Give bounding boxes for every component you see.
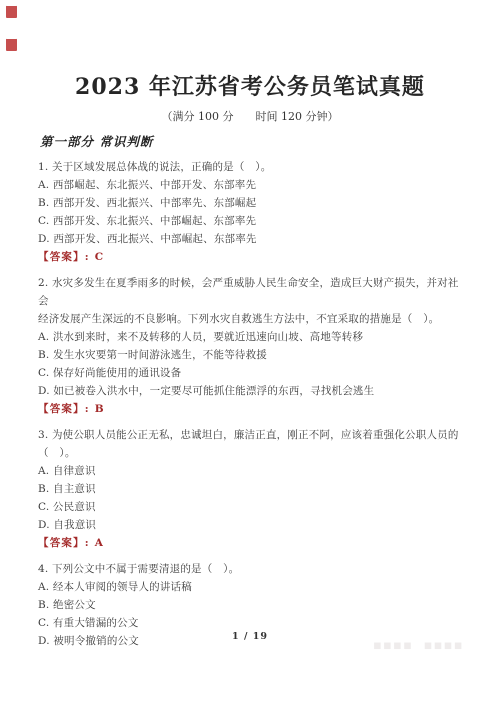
red-stamp-icon <box>6 38 17 51</box>
question-2: 2. 水灾多发生在夏季雨多的时候，会严重威胁人民生命安全，造成巨大财产损失，并对… <box>38 274 466 418</box>
option-d: D. 西部开发、西北振兴、中部崛起、东部率先 <box>38 230 466 248</box>
faint-watermark: ■■■■ ■■■■ <box>373 639 464 651</box>
questions-area: 1. 关于区域发展总体战的说法，正确的是（ ）。 A. 西部崛起、东北振兴、中部… <box>0 158 500 650</box>
option-b: B. 绝密公文 <box>38 596 466 614</box>
answer-line: 【答案】: A <box>38 534 466 552</box>
question-stem: 4. 下列公文中不属于需要清退的是（ ）。 <box>38 560 466 578</box>
page-title: 2023 年江苏省考公务员笔试真题 <box>0 74 500 100</box>
answer-line: 【答案】: B <box>38 400 466 418</box>
option-a: A. 洪水到来时，来不及转移的人员，要就近迅速向山坡、高地等转移 <box>38 328 466 346</box>
option-c: C. 公民意识 <box>38 498 466 516</box>
question-3: 3. 为使公职人员能公正无私，忠诚坦白，廉洁正直，刚正不阿，应该着重强化公职人员… <box>38 426 466 552</box>
option-a: A. 自律意识 <box>38 462 466 480</box>
section-heading: 第一部分 常识判断 <box>40 134 500 150</box>
question-1: 1. 关于区域发展总体战的说法，正确的是（ ）。 A. 西部崛起、东北振兴、中部… <box>38 158 466 266</box>
question-stem: 3. 为使公职人员能公正无私，忠诚坦白，廉洁正直，刚正不阿，应该着重强化公职人员… <box>38 426 466 462</box>
option-a: A. 经本人审阅的领导人的讲话稿 <box>38 578 466 596</box>
exam-score-time-subtitle: （满分 100 分 时间 120 分钟） <box>0 109 500 124</box>
question-stem: 1. 关于区域发展总体战的说法，正确的是（ ）。 <box>38 158 466 176</box>
option-c: C. 西部开发、东北振兴、中部崛起、东部率先 <box>38 212 466 230</box>
option-d: D. 如已被卷入洪水中，一定要尽可能抓住能漂浮的东西，寻找机会逃生 <box>38 382 466 400</box>
option-c: C. 有重大错漏的公文 <box>38 614 466 632</box>
option-a: A. 西部崛起、东北振兴、中部开发、东部率先 <box>38 176 466 194</box>
option-b: B. 西部开发、西北振兴、中部率先、东部崛起 <box>38 194 466 212</box>
red-stamp-icon <box>6 5 17 18</box>
exam-paper-page: 2023 年江苏省考公务员笔试真题 （满分 100 分 时间 120 分钟） 第… <box>0 0 500 707</box>
option-b: B. 发生水灾要第一时间游泳逃生，不能等待救援 <box>38 346 466 364</box>
option-b: B. 自主意识 <box>38 480 466 498</box>
question-stem: 2. 水灾多发生在夏季雨多的时候，会严重威胁人民生命安全，造成巨大财产损失，并对… <box>38 274 466 328</box>
option-c: C. 保存好尚能使用的通讯设备 <box>38 364 466 382</box>
answer-line: 【答案】: C <box>38 248 466 266</box>
option-d: D. 自我意识 <box>38 516 466 534</box>
